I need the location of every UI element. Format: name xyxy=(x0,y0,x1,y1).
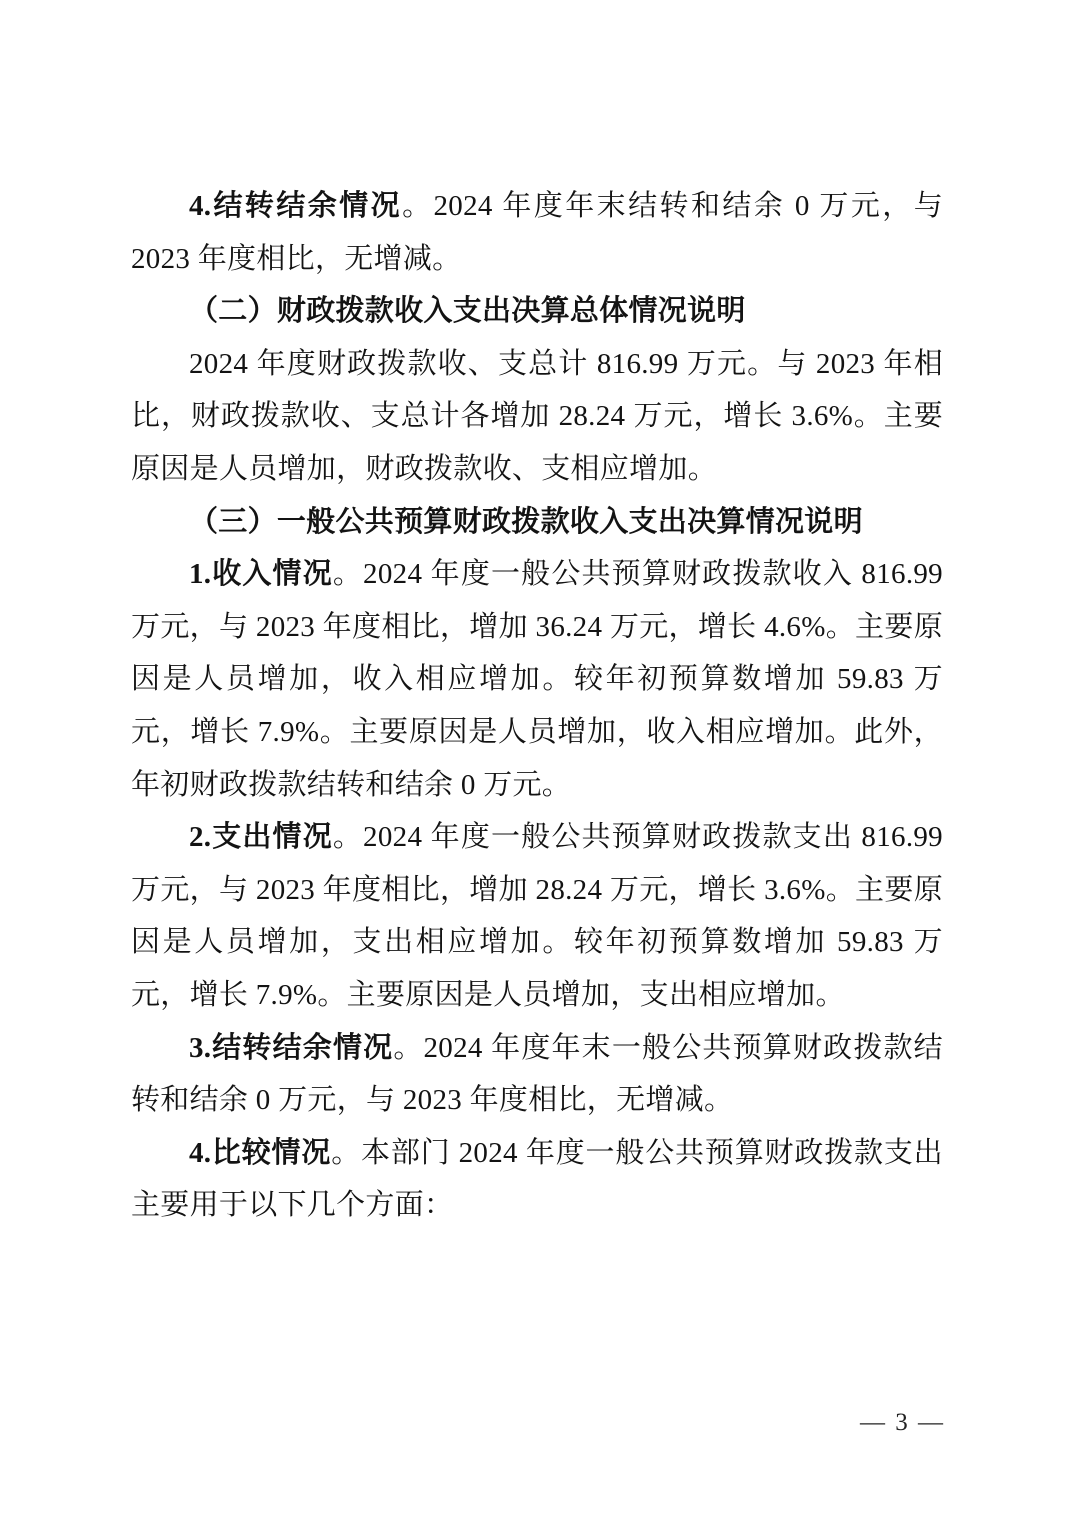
page-number-label: — 3 — xyxy=(860,1409,945,1436)
page-number: — 3 — xyxy=(860,1408,945,1438)
document-page: 4.结转结余情况。2024 年度年末结转和结余 0 万元，与 2023 年度相比… xyxy=(0,0,1075,1520)
heading-text: （二）财政拨款收入支出决算总体情况说明 xyxy=(189,295,746,327)
paragraph-lead: 3.结转结余情况 xyxy=(189,1032,393,1064)
section-heading-general-public-budget: （三）一般公共预算财政拨款收入支出决算情况说明 xyxy=(131,496,943,549)
paragraph-expenditure-situation: 2.支出情况。2024 年度一般公共预算财政拨款支出 816.99 万元，与 2… xyxy=(131,811,943,1021)
paragraph-comparison-situation: 4.比较情况。本部门 2024 年度一般公共预算财政拨款支出主要用于以下几个方面… xyxy=(131,1127,943,1232)
paragraph-lead: 4.结转结余情况 xyxy=(189,190,402,222)
paragraph-text: 。2024 年度一般公共预算财政拨款收入 816.99 万元，与 2023 年度… xyxy=(131,558,943,800)
paragraph-lead: 2.支出情况 xyxy=(189,821,333,853)
paragraph-fiscal-appropriation-total: 2024 年度财政拨款收、支总计 816.99 万元。与 2023 年相比，财政… xyxy=(131,338,943,496)
paragraph-lead: 1.收入情况 xyxy=(189,558,333,590)
paragraph-lead: 4.比较情况 xyxy=(189,1137,331,1169)
paragraph-carryover-balance-general-budget: 3.结转结余情况。2024 年度年末一般公共预算财政拨款结转和结余 0 万元，与… xyxy=(131,1022,943,1127)
paragraph-income-situation: 1.收入情况。2024 年度一般公共预算财政拨款收入 816.99 万元，与 2… xyxy=(131,548,943,811)
document-body: 4.结转结余情况。2024 年度年末结转和结余 0 万元，与 2023 年度相比… xyxy=(131,180,943,1232)
paragraph-carryover-balance: 4.结转结余情况。2024 年度年末结转和结余 0 万元，与 2023 年度相比… xyxy=(131,180,943,285)
paragraph-text: 2024 年度财政拨款收、支总计 816.99 万元。与 2023 年相比，财政… xyxy=(131,348,943,485)
section-heading-fiscal-appropriation-overview: （二）财政拨款收入支出决算总体情况说明 xyxy=(131,285,943,338)
heading-text: （三）一般公共预算财政拨款收入支出决算情况说明 xyxy=(189,506,863,538)
